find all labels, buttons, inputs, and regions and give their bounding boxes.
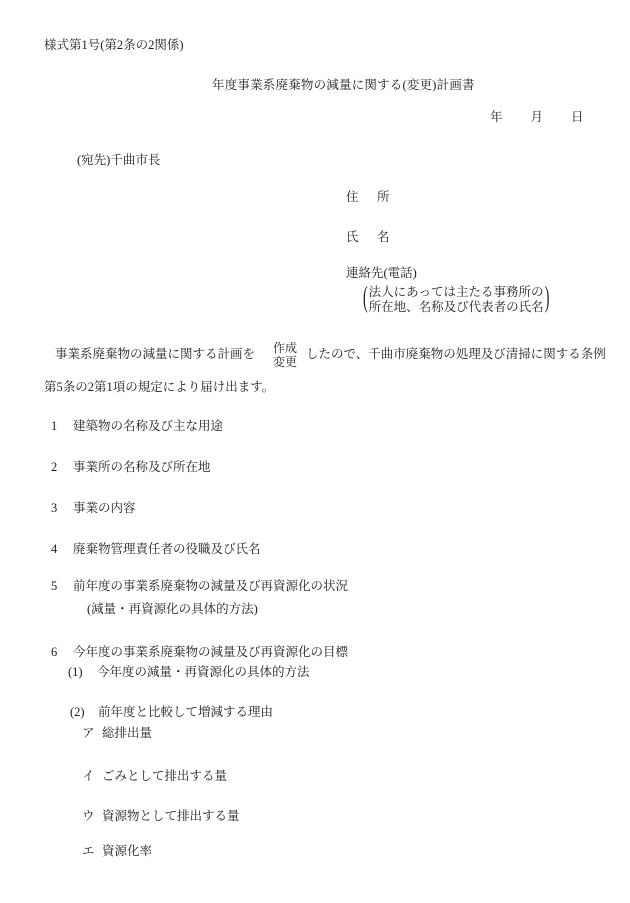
date-line: 年 月 日: [490, 110, 584, 126]
kana-item-i: イ ごみとして排出する量: [82, 769, 227, 785]
sub-item-2-number: (2): [70, 705, 98, 721]
year-label: 年: [490, 110, 503, 126]
item-6-number: 6: [51, 645, 73, 661]
item-4: 4 廃棄物管理責任者の役職及び氏名: [51, 542, 261, 558]
addressee: (宛先)千曲市長: [77, 153, 160, 169]
kana-item-a: ア 総排出量: [82, 726, 152, 742]
kana-item-a-number: ア: [82, 726, 102, 742]
document-title: 年度事業系廃棄物の減量に関する(変更)計画書: [212, 78, 475, 94]
kana-item-e: エ 資源化率: [82, 844, 152, 860]
right-bracket-icon: ): [544, 281, 551, 319]
item-1-number: 1: [51, 419, 73, 435]
item-5-number: 5: [51, 579, 73, 595]
item-6: 6 今年度の事業系廃棄物の減量及び再資源化の目標: [51, 645, 348, 661]
corporate-note-line2: 所在地、名称及び代表者の氏名: [369, 300, 544, 315]
create-or-change-choice: 作成 変更: [273, 341, 297, 369]
item-2-label: 事業所の名称及び所在地: [73, 460, 211, 476]
sub-item-1: (1) 今年度の減量・再資源化の具体的方法: [68, 665, 310, 681]
sub-item-1-number: (1): [68, 665, 97, 681]
kana-item-e-number: エ: [82, 844, 102, 860]
item-2-number: 2: [51, 460, 73, 476]
kana-item-i-label: ごみとして排出する量: [102, 769, 227, 785]
kana-item-u: ウ 資源物として排出する量: [82, 809, 240, 825]
month-label: 月: [531, 110, 544, 126]
item-6-label: 今年度の事業系廃棄物の減量及び再資源化の目標: [73, 645, 348, 661]
item-3: 3 事業の内容: [51, 501, 136, 517]
corporate-note-line1: 法人にあっては主たる事務所の: [369, 285, 544, 300]
kana-item-a-label: 総排出量: [102, 726, 152, 742]
item-4-number: 4: [51, 542, 73, 558]
left-bracket-icon: (: [362, 281, 369, 319]
form-number: 様式第1号(第2条の2関係): [44, 38, 184, 54]
item-5: 5 前年度の事業系廃棄物の減量及び再資源化の状況: [51, 579, 348, 595]
address-label: 住 所: [346, 190, 393, 206]
item-3-number: 3: [51, 501, 73, 517]
sub-item-1-label: 今年度の減量・再資源化の具体的方法: [97, 665, 310, 681]
contact-label: 連絡先(電話): [346, 266, 417, 282]
declaration-paragraph-line2: 第5条の2第1項の規定により届け出ます。: [44, 380, 274, 396]
item-1-label: 建築物の名称及び主な用途: [73, 419, 223, 435]
day-label: 日: [571, 110, 584, 126]
item-5-sub-label: (減量・再資源化の具体的方法): [87, 602, 258, 618]
item-2: 2 事業所の名称及び所在地: [51, 460, 211, 476]
item-4-label: 廃棄物管理責任者の役職及び氏名: [73, 542, 261, 558]
kana-item-u-number: ウ: [82, 809, 102, 825]
sub-item-2-label: 前年度と比較して増減する理由: [98, 705, 273, 721]
declaration-pre-text: 事業系廃棄物の減量に関する計画を: [55, 347, 255, 363]
item-5-label: 前年度の事業系廃棄物の減量及び再資源化の状況: [73, 579, 348, 595]
kana-item-i-number: イ: [82, 769, 102, 785]
document-page: 様式第1号(第2条の2関係) 年度事業系廃棄物の減量に関する(変更)計画書 年 …: [0, 0, 630, 903]
corporate-note: ( 法人にあっては主たる事務所の 所在地、名称及び代表者の氏名 ): [362, 285, 550, 315]
name-label: 氏 名: [346, 230, 393, 246]
choice-change: 変更: [273, 355, 297, 369]
kana-item-u-label: 資源物として排出する量: [102, 809, 240, 825]
sub-item-2: (2) 前年度と比較して増減する理由: [70, 705, 273, 721]
kana-item-e-label: 資源化率: [102, 844, 152, 860]
item-3-label: 事業の内容: [73, 501, 136, 517]
item-1: 1 建築物の名称及び主な用途: [51, 419, 223, 435]
declaration-paragraph-line1: 事業系廃棄物の減量に関する計画を 作成 変更 したので、千曲市廃棄物の処理及び清…: [44, 339, 606, 371]
choice-create: 作成: [273, 341, 297, 355]
declaration-post-text: したので、千曲市廃棄物の処理及び清掃に関する条例: [306, 347, 606, 363]
